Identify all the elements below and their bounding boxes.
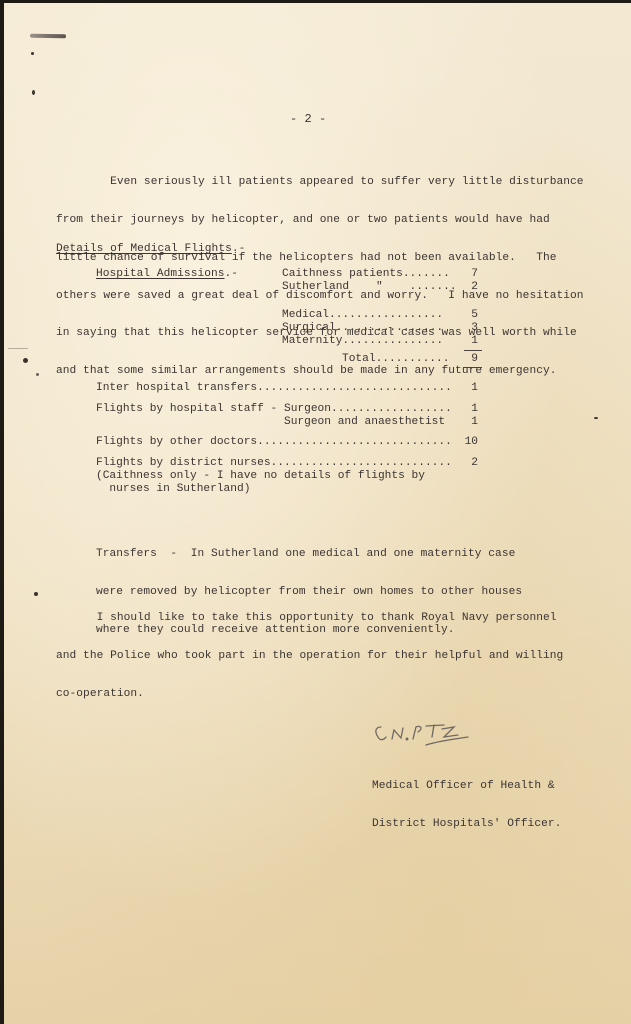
- page-number: - 2 -: [290, 113, 326, 126]
- hospital-admissions-suffix: .-: [225, 268, 239, 280]
- nurses-note-line: (Caithness only - I have no details of f…: [96, 470, 425, 483]
- hospital-staff-anaesthetist-label: Surgeon and anaesthetist: [96, 416, 445, 429]
- punch-hole-mark: [34, 592, 38, 596]
- handwritten-signature: C.N.P.T.: [368, 715, 478, 755]
- ink-speck: [36, 373, 39, 376]
- text-line: and that some similar arrangements shoul…: [56, 365, 584, 378]
- hospital-staff-surgeon-value: 1: [454, 403, 478, 416]
- section-heading-suffix: .-: [232, 243, 246, 255]
- hospital-staff-surgeon-label: Flights by hospital staff - Surgeon.....…: [96, 403, 452, 416]
- punch-hole-mark: [23, 358, 28, 363]
- admissions-sutherland-value: 2: [454, 281, 478, 294]
- admissions-total-label: Total...........: [342, 353, 449, 366]
- section-heading-text: Details of Medical Flights: [56, 243, 232, 255]
- binding-thread: [8, 348, 28, 349]
- inter-hospital-transfers-label: Inter hospital transfers................…: [96, 382, 452, 395]
- admissions-total-value: 9: [454, 353, 478, 366]
- total-underline: [464, 367, 482, 368]
- other-doctors-value: 10: [454, 436, 478, 449]
- admissions-caithness-value: 7: [454, 268, 478, 281]
- text-line: from their journeys by helicopter, and o…: [56, 214, 584, 227]
- inter-hospital-transfers-value: 1: [454, 382, 478, 395]
- hospital-admissions-heading: Hospital Admissions.-: [96, 268, 238, 281]
- district-nurses-value: 2: [454, 457, 478, 470]
- ink-speck: [594, 417, 598, 419]
- text-line: Medical Officer of Health &: [372, 780, 561, 793]
- nurses-note-line: nurses in Sutherland): [96, 483, 250, 496]
- admissions-sutherland-label: Sutherland " .......: [282, 281, 457, 294]
- text-line: Transfers - In Sutherland one medical an…: [96, 548, 522, 561]
- admissions-maternity-value: 1: [454, 335, 478, 348]
- admissions-medical-value: 5: [454, 309, 478, 322]
- section-heading: Details of Medical Flights.-: [56, 243, 245, 256]
- hospital-admissions-label: Hospital Admissions: [96, 268, 225, 280]
- ink-speck: [31, 52, 34, 55]
- other-doctors-label: Flights by other doctors................…: [96, 436, 452, 449]
- document-page: - 2 - Even seriously ill patients appear…: [4, 3, 631, 1024]
- text-line: District Hospitals' Officer.: [372, 818, 561, 831]
- signatory-title: Medical Officer of Health & District Hos…: [372, 755, 561, 856]
- admissions-caithness-label: Caithness patients.......: [282, 268, 450, 281]
- text-line: I should like to take this opportunity t…: [56, 612, 563, 625]
- sum-rule: [464, 350, 482, 351]
- admissions-medical-label: Medical.................: [282, 309, 443, 322]
- district-nurses-label: Flights by district nurses..............…: [96, 457, 452, 470]
- admissions-maternity-label: Maternity...............: [282, 335, 443, 348]
- admissions-surgical-value: 3: [454, 322, 478, 335]
- admissions-surgical-label: Surgical................: [282, 322, 443, 335]
- text-line: Even seriously ill patients appeared to …: [56, 176, 584, 189]
- text-line: co-operation.: [56, 688, 563, 701]
- staple-mark: [30, 34, 66, 39]
- ink-speck: [32, 90, 35, 95]
- thanks-paragraph: I should like to take this opportunity t…: [56, 587, 563, 726]
- text-line: and the Police who took part in the oper…: [56, 650, 563, 663]
- hospital-staff-anaesthetist-value: 1: [454, 416, 478, 429]
